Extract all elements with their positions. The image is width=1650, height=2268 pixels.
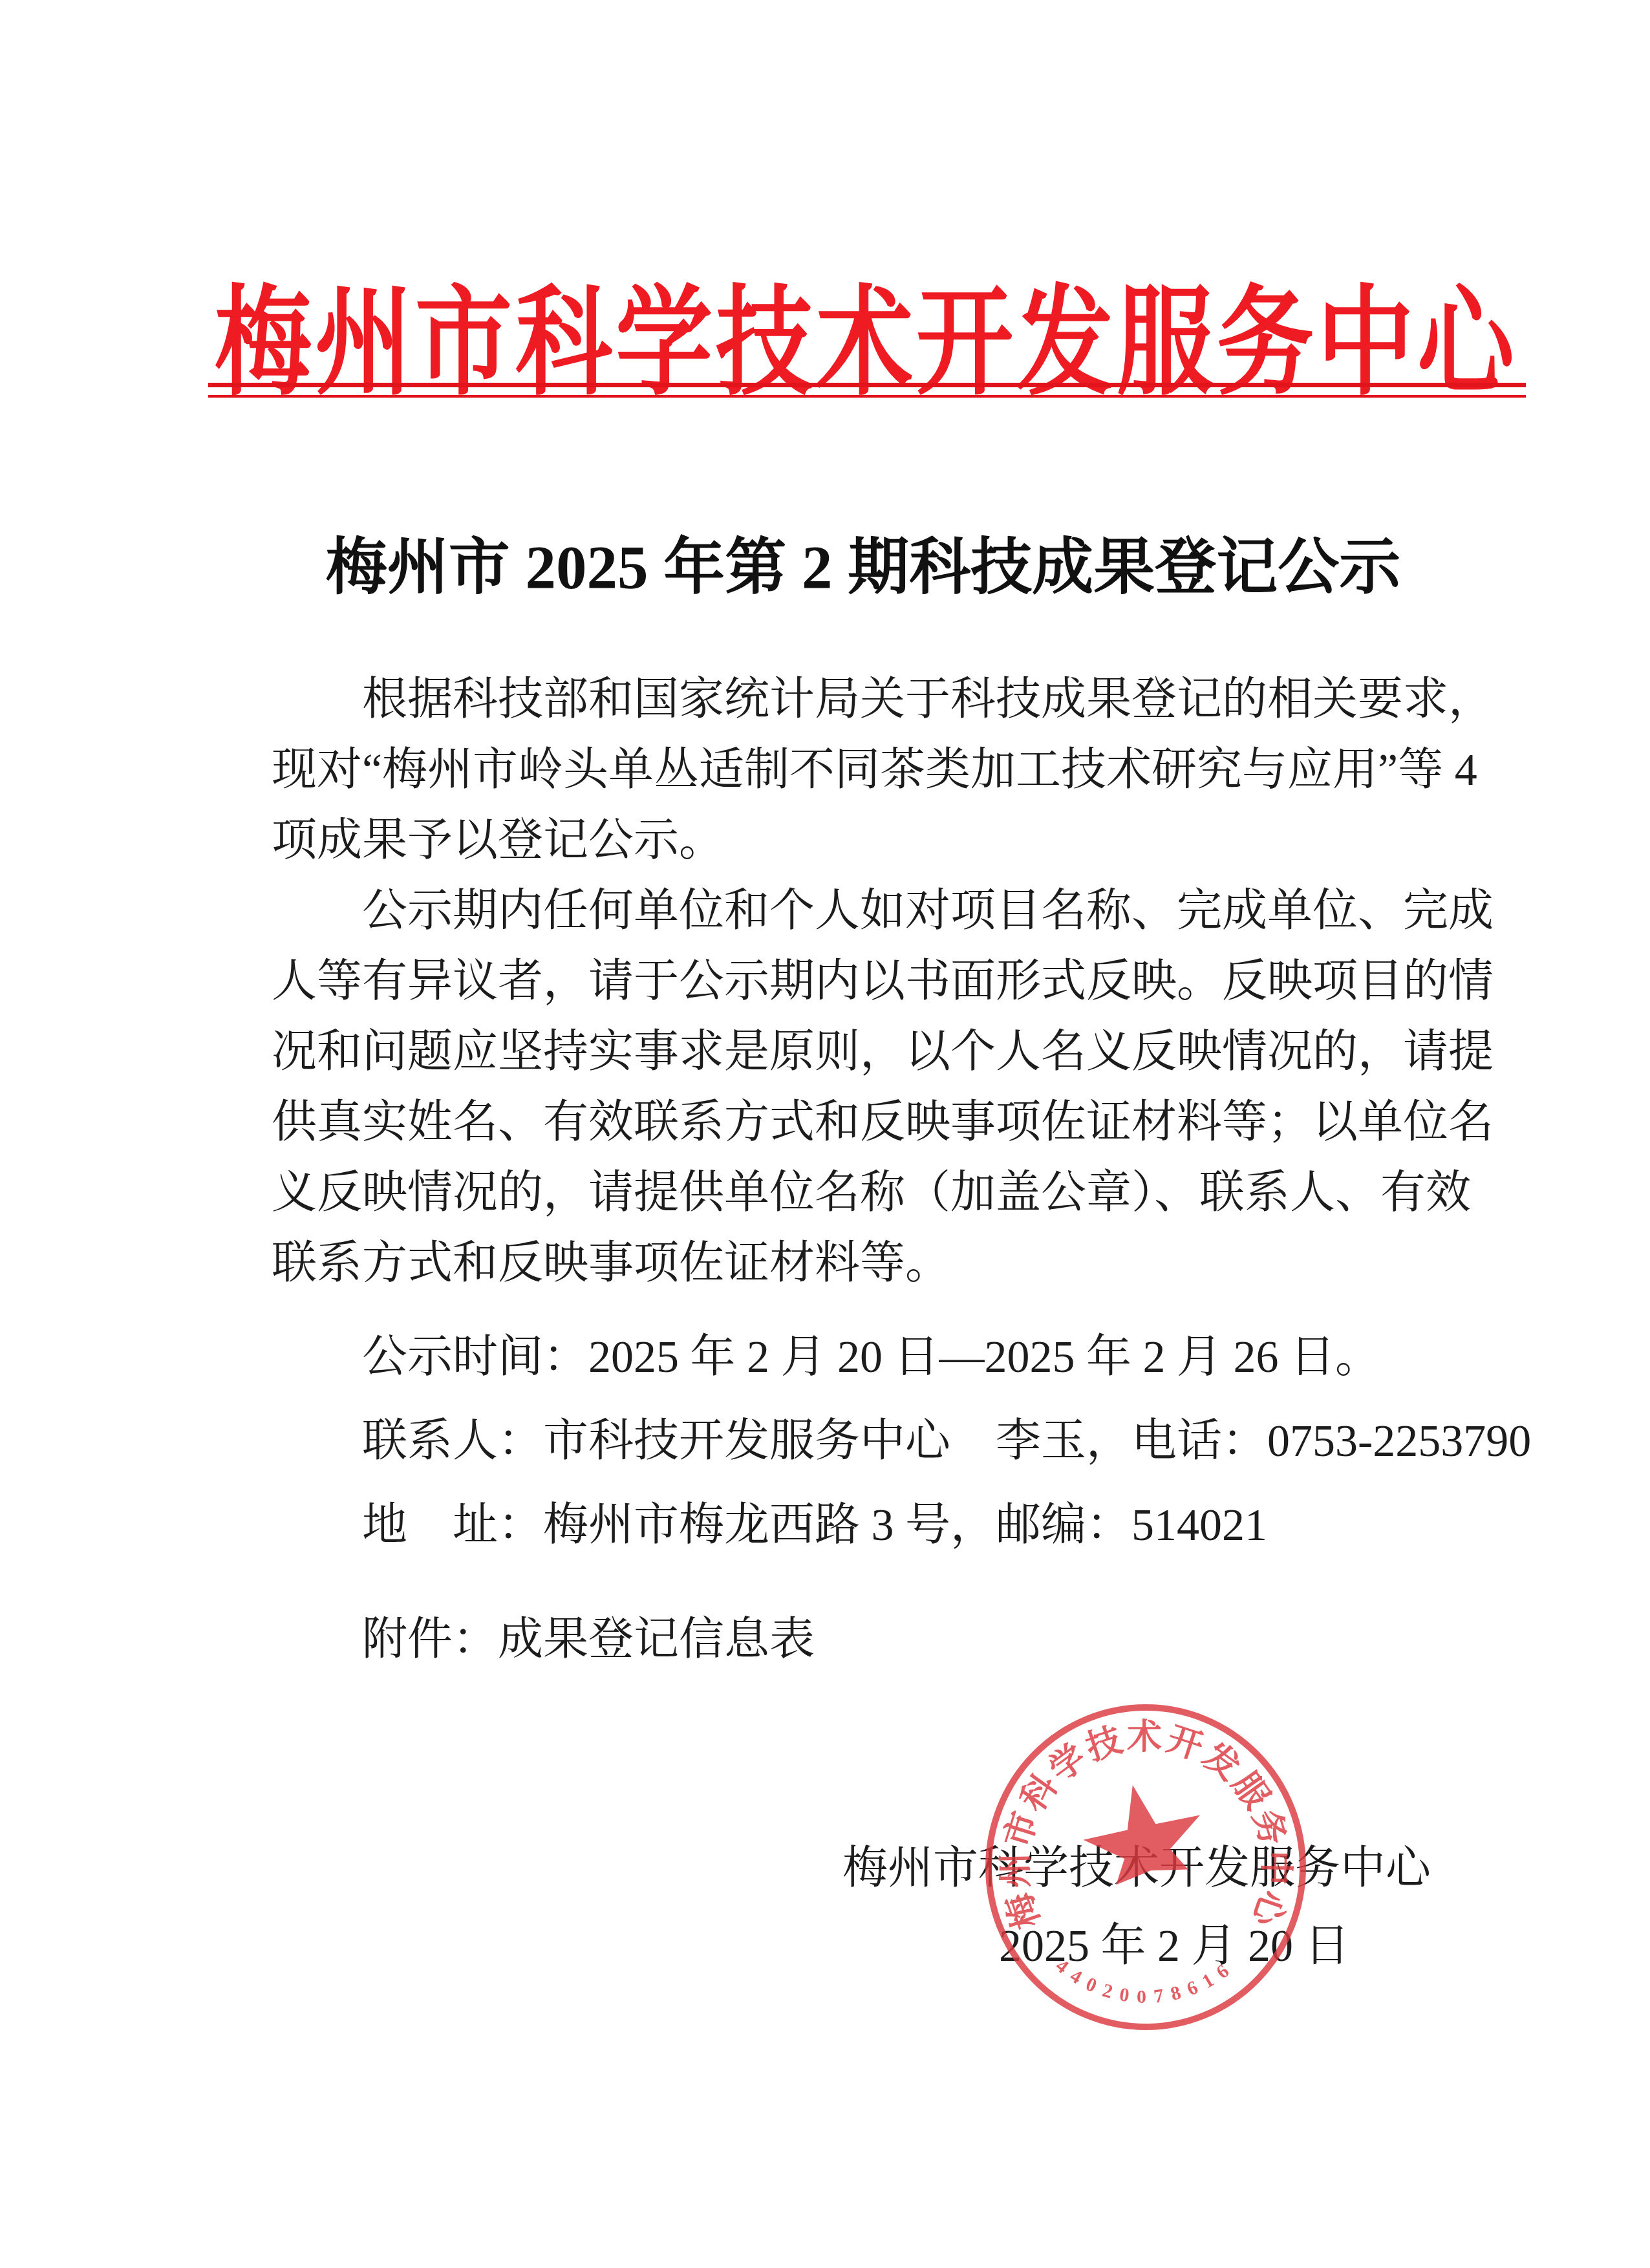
letterhead-org-name: 梅州市科学技术开发服务中心 [215, 247, 1514, 418]
scanned-document-page: 梅州市科学技术开发服务中心 梅州市 2025 年第 2 期科技成果登记公示 根据… [0, 0, 1650, 2268]
body-line: 现对“梅州市岭头单丛适制不同茶类加工技术研究与应用”等 4 [272, 735, 1452, 806]
body-line: 项成果予以登记公示。 [272, 806, 1452, 876]
letterhead-rule-top [208, 383, 1526, 387]
body-line: 根据科技部和国家统计局关于科技成果登记的相关要求， [272, 665, 1452, 735]
body-line: 人等有异议者，请于公示期内以书面形式反映。反映项目的情 [272, 947, 1452, 1017]
body-line: 公示期内任何单位和个人如对项目名称、完成单位、完成 [272, 876, 1452, 947]
body-text-block: 根据科技部和国家统计局关于科技成果登记的相关要求， 现对“梅州市岭头单丛适制不同… [272, 665, 1452, 1299]
contact-line: 联系人：市科技开发服务中心 李玉，电话：0753-2253790 [272, 1400, 1452, 1484]
notice-period-line: 公示时间：2025 年 2 月 20 日—2025 年 2 月 26 日。 [272, 1316, 1452, 1400]
body-line: 供真实姓名、有效联系方式和反映事项佐证材料等；以单位名 [272, 1087, 1452, 1158]
seal-serial-number: 44020078616 [1052, 1955, 1240, 2007]
address-line: 地 址：梅州市梅龙西路 3 号，邮编：514021 [272, 1484, 1452, 1568]
meta-text-block: 公示时间：2025 年 2 月 20 日—2025 年 2 月 26 日。 联系… [272, 1316, 1452, 1568]
letterhead-rule-bottom [208, 395, 1526, 398]
body-line: 况和问题应坚持实事求是原则，以个人名义反映情况的，请提 [272, 1017, 1452, 1087]
body-line: 义反映情况的，请提供单位名称（加盖公章）、联系人、有效 [272, 1158, 1452, 1228]
official-seal: 梅州市科学技术开发服务中心 44020078616 [981, 1702, 1310, 2033]
seal-star-icon [1075, 1773, 1211, 1890]
document-title: 梅州市 2025 年第 2 期科技成果登记公示 [213, 519, 1513, 606]
body-line: 联系方式和反映事项佐证材料等。 [272, 1228, 1452, 1299]
attachment-line: 附件：成果登记信息表 [362, 1611, 815, 1669]
